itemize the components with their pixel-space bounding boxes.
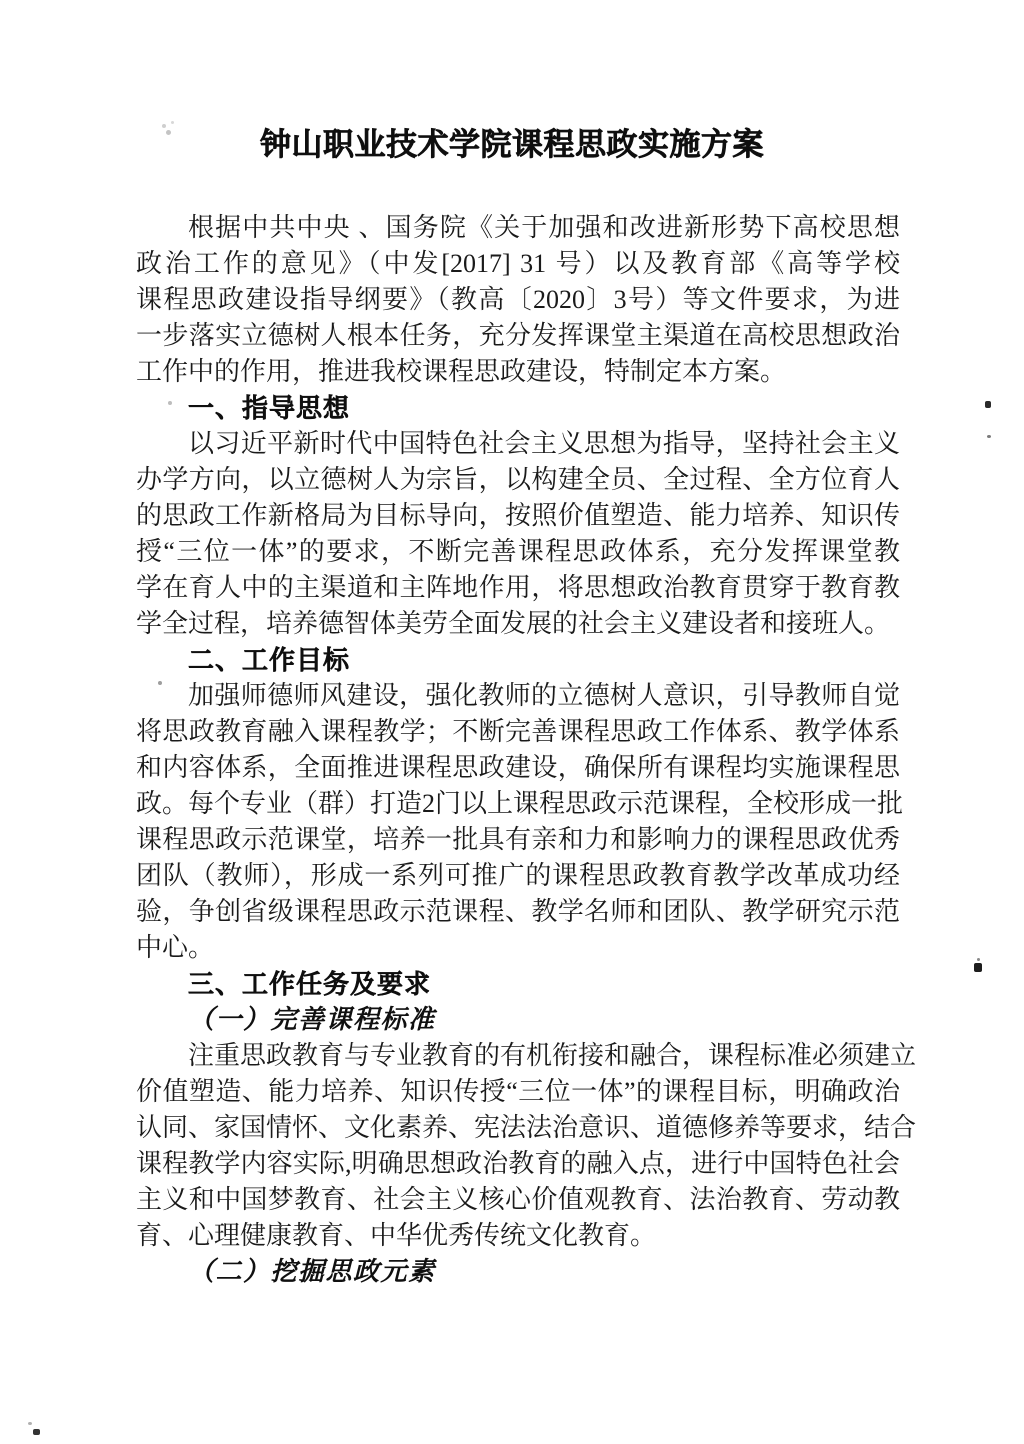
text-line: 授“三位一体”的要求，不断完善课程思政体系，充分发挥课堂教 (136, 534, 900, 570)
text-line: 的思政工作新格局为目标导向，按照价值塑造、能力培养、知识传 (136, 498, 900, 534)
text-line: 主义和中国梦教育、社会主义核心价值观教育、法治教育、劳动教 (136, 1182, 900, 1218)
scan-speck (987, 435, 991, 438)
text-line: 团队（教师），形成一系列可推广的课程思政教育教学改革成功经 (136, 858, 900, 894)
text-line: 课程教学内容实际,明确思想政治教育的融入点，进行中国特色社会 (136, 1146, 900, 1182)
scan-speck (974, 963, 982, 972)
text-line: 一步落实立德树人根本任务，充分发挥课堂主渠道在高校思想政治 (136, 318, 900, 354)
scan-speck (158, 681, 162, 685)
text-line: 价值塑造、能力培养、知识传授“三位一体”的课程目标，明确政治 (136, 1074, 900, 1110)
scan-speck (162, 124, 166, 128)
text-line: 育、心理健康教育、中华优秀传统文化教育。 (136, 1218, 900, 1254)
text-line: 学在育人中的主渠道和主阵地作用，将思想政治教育贯穿于教育教 (136, 570, 900, 606)
text-line: 认同、家国情怀、文化素养、宪法法治意识、道德修养等要求，结合 (136, 1110, 900, 1146)
scan-speck (171, 121, 174, 124)
text-line: 政治工作的意见》（中发[2017] 31 号）以及教育部《高等学校 (136, 246, 900, 282)
scan-speck (985, 401, 991, 408)
section-heading: （一）完善课程标准 (136, 1002, 900, 1038)
document-body: 根据中共中央 、国务院《关于加强和改进新形势下高校思想政治工作的意见》（中发[2… (136, 210, 900, 1290)
text-line: 以习近平新时代中国特色社会主义思想为指导，坚持社会主义 (136, 426, 900, 462)
section-heading: 二、工作目标 (136, 642, 900, 678)
text-line: 验，争创省级课程思政示范课程、教学名师和团队、教学研究示范 (136, 894, 900, 930)
text-line: 工作中的作用，推进我校课程思政建设，特制定本方案。 (136, 354, 900, 390)
section-heading: 三、工作任务及要求 (136, 966, 900, 1002)
section-heading: 一、指导思想 (136, 390, 900, 426)
text-line: 课程思政示范课堂，培养一批具有亲和力和影响力的课程思政优秀 (136, 822, 900, 858)
text-line: 课程思政建设指导纲要》（教高〔2020〕3号）等文件要求，为进 (136, 282, 900, 318)
text-line: 注重思政教育与专业教育的有机衔接和融合，课程标准必须建立 (136, 1038, 900, 1074)
text-line: 将思政教育融入课程教学；不断完善课程思政工作体系、教学体系 (136, 714, 900, 750)
text-line: 根据中共中央 、国务院《关于加强和改进新形势下高校思想 (136, 210, 900, 246)
scan-speck (28, 1422, 32, 1425)
scan-speck (166, 130, 171, 135)
document-title: 钟山职业技术学院课程思政实施方案 (0, 122, 1024, 168)
scan-speck (977, 958, 980, 961)
scanned-document-page: 钟山职业技术学院课程思政实施方案 根据中共中央 、国务院《关于加强和改进新形势下… (0, 0, 1024, 1444)
text-line: 加强师德师风建设，强化教师的立德树人意识，引导教师自觉 (136, 678, 900, 714)
text-line: 和内容体系，全面推进课程思政建设，确保所有课程均实施课程思 (136, 750, 900, 786)
text-line: 学全过程，培养德智体美劳全面发展的社会主义建设者和接班人。 (136, 606, 900, 642)
text-line: 政。每个专业（群）打造2门以上课程思政示范课程，全校形成一批 (136, 786, 900, 822)
scan-speck (168, 401, 172, 405)
section-heading: （二）挖掘思政元素 (136, 1254, 900, 1290)
text-line: 中心。 (136, 930, 900, 966)
text-line: 办学方向，以立德树人为宗旨，以构建全员、全过程、全方位育人 (136, 462, 900, 498)
scan-speck (33, 1429, 40, 1435)
